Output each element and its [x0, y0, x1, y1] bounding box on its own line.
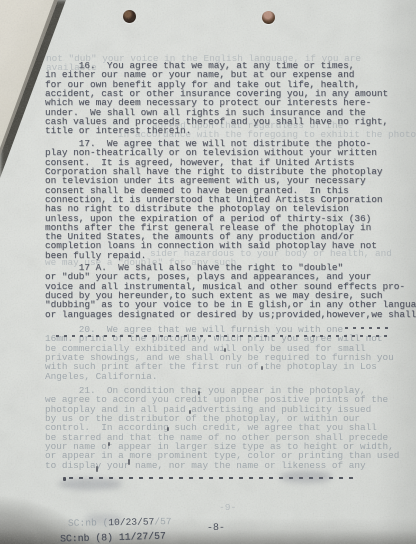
date-stamp-2: SC:nb (8) 11/27/57: [60, 532, 166, 544]
paragraph-21: 21. On condition that you appear in the …: [45, 386, 399, 470]
date-stamp-1: SC:nb (10/23/57/57: [68, 517, 172, 528]
scanned-contract-page: not "dub" your voice in the English lang…: [0, 0, 416, 544]
bleedthrough-page-number: -9-: [219, 503, 236, 512]
paper-sheet: not "dub" your voice in the English lang…: [0, 0, 416, 544]
ink-speck: [96, 466, 98, 472]
paragraph-20-struck-out: 20. We agree that we will furnish you wi…: [45, 325, 394, 381]
eraser-smudge: [58, 478, 122, 490]
ink-speck: [108, 442, 110, 446]
ink-speck: [261, 366, 263, 370]
strikeout-dashes: [345, 327, 393, 329]
punch-hole-left: [123, 10, 136, 23]
ink-speck: [128, 459, 130, 465]
ink-speck: [189, 410, 191, 414]
paragraph-16: 16. You agree that we may, at any time o…: [45, 61, 388, 136]
punch-hole-right: [262, 11, 275, 24]
paragraph-17a: 17 A. We shall also have the right to "d…: [45, 263, 416, 319]
strikeout-dashes: [56, 335, 390, 337]
paragraph-17: 17. We agree that we will not distribute…: [45, 139, 383, 260]
stamp-suffix: /57: [154, 516, 171, 527]
page-number: -8-: [207, 524, 225, 534]
stamp-prefix: SC:nb (: [68, 517, 108, 529]
ink-speck: [224, 348, 226, 352]
eraser-smudge: [280, 471, 332, 483]
ink-speck: [198, 391, 200, 395]
stamp-date: 10/23/57: [108, 516, 154, 528]
ink-speck: [167, 427, 169, 431]
